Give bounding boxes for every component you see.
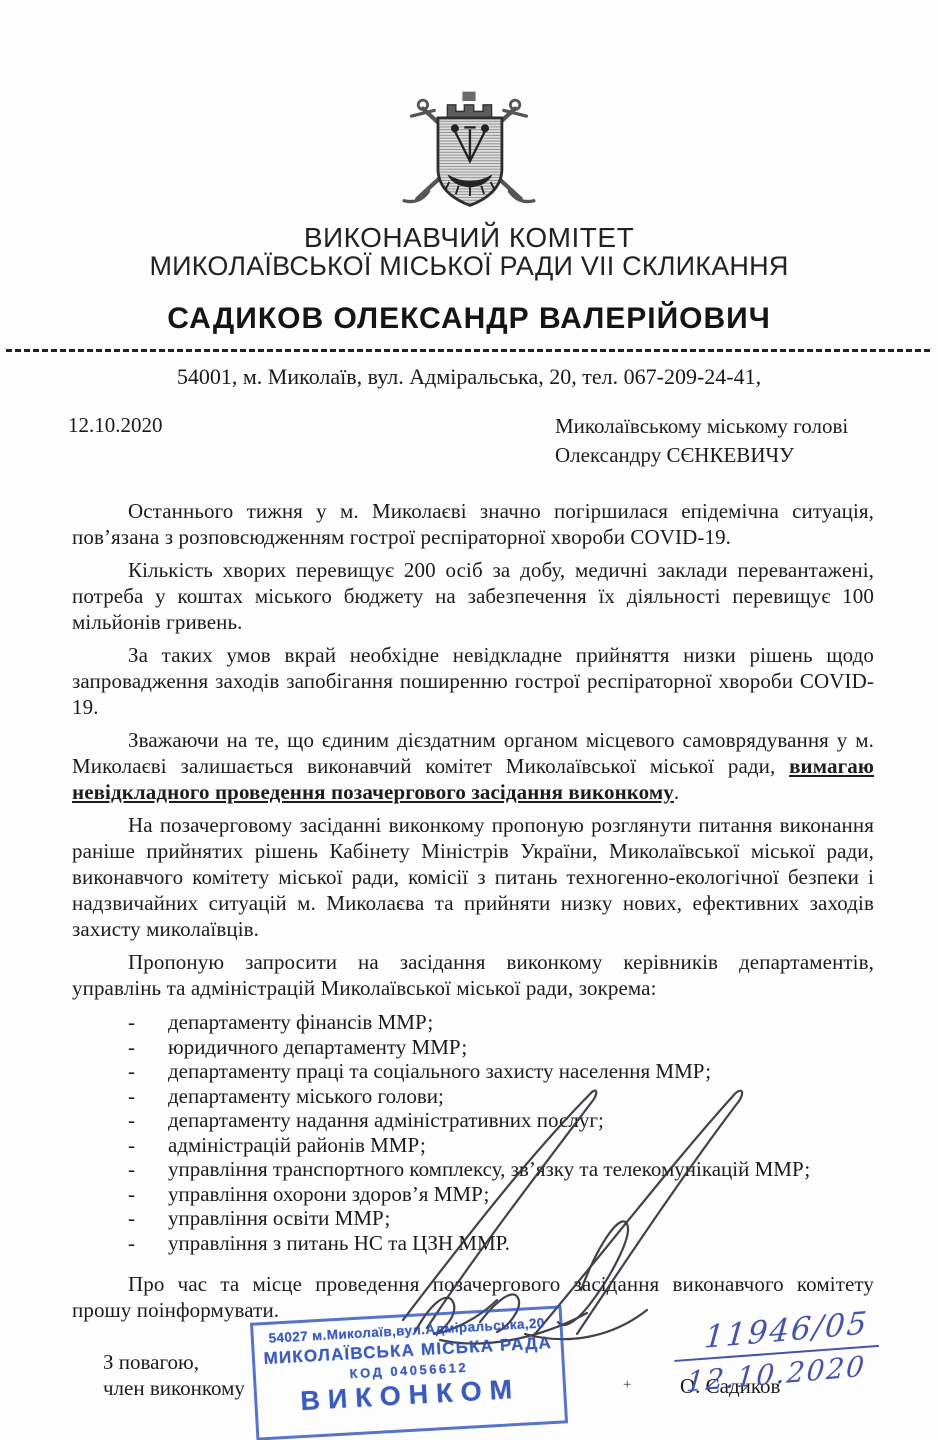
list-dash: - — [128, 1182, 168, 1207]
list-dash: - — [128, 1108, 168, 1133]
letterhead-address: 54001, м. Миколаїв, вул. Адміральська, 2… — [0, 364, 938, 390]
list-dash: - — [128, 1084, 168, 1109]
scanned-letter-page: ВИКОНАВЧИЙ КОМІТЕТ МИКОЛАЇВСЬКОЇ МІСЬКОЇ… — [0, 0, 938, 1440]
list-dash: - — [128, 1231, 168, 1256]
sender-name-heading: САДИКОВ ОЛЕКСАНДР ВАЛЕРІЙОВИЧ — [0, 302, 938, 335]
list-item-text: департаменту фінансів ММР; — [168, 1010, 874, 1035]
paragraph-4-normal: Зважаючи на те, що єдиним дієздатним орг… — [72, 728, 874, 778]
paragraph-4-end: . — [674, 780, 679, 804]
shield — [438, 118, 502, 205]
list-item: -управління з питань НС та ЦЗН ММР. — [72, 1231, 874, 1256]
official-stamp: 54027 м.Миколаїв,вул.Адміральська,20 МИК… — [250, 1305, 568, 1440]
letterhead-emblem — [0, 0, 938, 212]
document-date: 12.10.2020 — [68, 412, 163, 438]
list-item-text: управління з питань НС та ЦЗН ММР. — [168, 1231, 874, 1256]
list-item-text: управління охорони здоров’я ММР; — [168, 1182, 874, 1207]
list-dash: - — [128, 1010, 168, 1035]
list-dash: - — [128, 1035, 168, 1060]
org-name-line1: ВИКОНАВЧИЙ КОМІТЕТ — [0, 224, 938, 252]
paragraph-4: Зважаючи на те, що єдиним дієздатним орг… — [72, 727, 874, 805]
list-item-text: управління транспортного комплексу, зв’я… — [168, 1157, 874, 1182]
list-dash: - — [128, 1157, 168, 1182]
letter-body: Останнього тижня у м. Миколаєві значно п… — [72, 498, 874, 1323]
addressee-block: Миколаївському міському голові Олександр… — [555, 412, 848, 470]
list-item-text: адміністрацій районів ММР; — [168, 1133, 874, 1158]
list-item: -адміністрацій районів ММР; — [72, 1133, 874, 1158]
list-item: -департаменту міського голови; — [72, 1084, 874, 1109]
pen-mark: + — [623, 1377, 631, 1394]
paragraph-2: Кількість хворих перевищує 200 осіб за д… — [72, 557, 874, 635]
list-item: -управління освіти ММР; — [72, 1206, 874, 1231]
list-dash: - — [128, 1133, 168, 1158]
meta-row: 12.10.2020 Миколаївському міському голов… — [72, 412, 872, 472]
list-dash: - — [128, 1206, 168, 1231]
addressee-line2: Олександру СЄНКЕВИЧУ — [555, 441, 848, 470]
dashed-divider — [6, 349, 932, 352]
list-item: -департаменту надання адміністративних п… — [72, 1108, 874, 1133]
list-item-text: управління освіти ММР; — [168, 1206, 874, 1231]
paragraph-3: За таких умов вкрай необхідне невідкладн… — [72, 642, 874, 720]
paragraph-6: Пропоную запросити на засідання виконком… — [72, 949, 874, 1001]
list-item: -департаменту фінансів ММР; — [72, 1010, 874, 1035]
list-item-text: юридичного департаменту ММР; — [168, 1035, 874, 1060]
list-dash: - — [128, 1059, 168, 1084]
mykolaiv-coat-of-arms-icon — [389, 86, 549, 212]
list-item-text: департаменту надання адміністративних по… — [168, 1108, 874, 1133]
mural-crown — [447, 92, 491, 118]
list-item: -юридичного департаменту ММР; — [72, 1035, 874, 1060]
paragraph-1: Останнього тижня у м. Миколаєві значно п… — [72, 498, 874, 550]
list-item: -департаменту праці та соціального захис… — [72, 1059, 874, 1084]
invitees-list: -департаменту фінансів ММР; -юридичного … — [72, 1010, 874, 1255]
list-item-text: департаменту праці та соціального захист… — [168, 1059, 874, 1084]
org-name-line2: МИКОЛАЇВСЬКОЇ МІСЬКОЇ РАДИ VII СКЛИКАННЯ — [0, 252, 938, 280]
addressee-line1: Миколаївському міському голові — [555, 412, 848, 441]
list-item: -управління охорони здоров’я ММР; — [72, 1182, 874, 1207]
list-item-text: департаменту міського голови; — [168, 1084, 874, 1109]
list-item: -управління транспортного комплексу, зв’… — [72, 1157, 874, 1182]
paragraph-5: На позачерговому засіданні виконкому про… — [72, 812, 874, 942]
